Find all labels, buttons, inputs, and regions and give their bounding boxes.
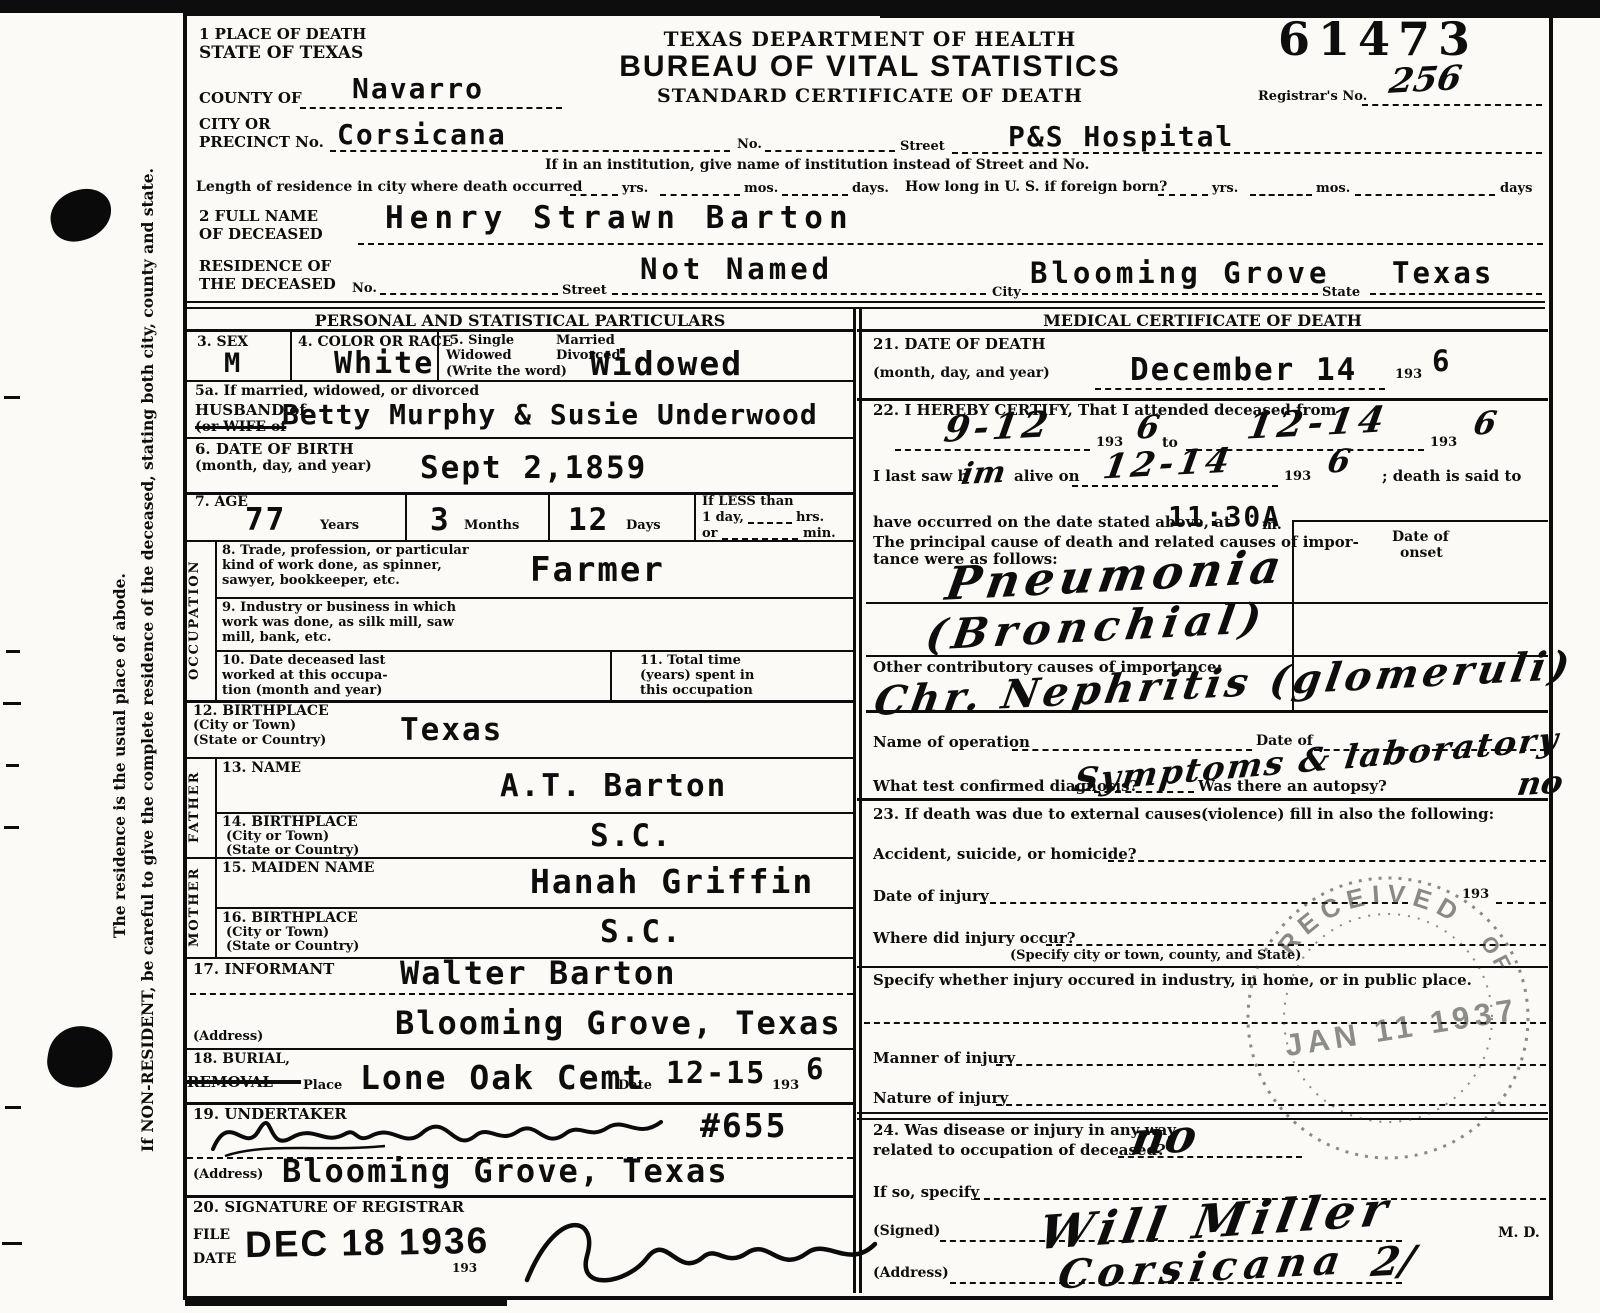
- stamp-date: JAN 11 1937: [1282, 992, 1521, 1063]
- svg-text:RECEIVED: RECEIVED: [1272, 878, 1469, 959]
- column-divider: [853, 308, 856, 1293]
- last-saw-date-value: 12-14: [1100, 441, 1236, 488]
- dod-sub-label: (month, day, and year): [873, 366, 1050, 382]
- if-less-label-1: If LESS than: [702, 495, 794, 510]
- marital-value: Widowed: [590, 344, 743, 383]
- residence-label-2: THE DECEASED: [199, 276, 336, 293]
- total-time-label-3: this occupation: [640, 684, 753, 699]
- medical-section-title: MEDICAL CERTIFICATE OF DEATH: [857, 312, 1548, 330]
- informant-label: 17. INFORMANT: [193, 961, 334, 978]
- yrs2-label: yrs.: [1212, 182, 1238, 197]
- fullname-label-2: OF DECEASED: [199, 226, 323, 243]
- res-city-value: Blooming Grove: [1030, 256, 1330, 290]
- burial-place-label: Place: [303, 1079, 342, 1094]
- rule: [610, 650, 612, 700]
- father-name-value: A.T. Barton: [500, 768, 727, 804]
- onset-box-top-border: [1292, 520, 1548, 522]
- trade-label-2: kind of work done, as spinner,: [222, 559, 442, 574]
- rule: [1108, 860, 1546, 862]
- svg-text:OF: OF: [1476, 931, 1518, 978]
- margin-note-nonresident: If NON-RESIDENT, be careful to give the …: [138, 14, 170, 1306]
- q24-label-1: 24. Was disease or injury in any way: [873, 1122, 1176, 1139]
- margin-note-residence: The residence is the usual place of abod…: [110, 348, 138, 1163]
- age-years-value: 77: [245, 502, 286, 538]
- rule: [190, 993, 853, 995]
- manner-of-injury-label: Manner of injury: [873, 1050, 1015, 1067]
- if-so-specify-label: If so, specify: [873, 1184, 979, 1201]
- rule: [215, 540, 217, 700]
- mother-side-label: MOTHER: [187, 857, 215, 957]
- accident-label: Accident, suicide, or homicide?: [873, 846, 1137, 863]
- father-name-label: 13. NAME: [222, 761, 301, 777]
- stamp-arc-fragment: OF: [1476, 931, 1518, 978]
- birthplace-sub-2: (State or Country): [193, 734, 326, 749]
- rule: [358, 243, 1543, 245]
- street-no-label: No.: [737, 138, 762, 153]
- rule: [1355, 194, 1495, 196]
- rule: [548, 492, 550, 540]
- residence-label-1: RESIDENCE OF: [199, 258, 331, 275]
- days-unit-label: Days: [626, 519, 661, 534]
- burial-place-value: Lone Oak Cemt: [360, 1058, 644, 1097]
- informant-value: Walter Barton: [400, 954, 676, 992]
- rule: [1095, 388, 1385, 390]
- time-of-death-value: 11:30A: [1168, 500, 1281, 533]
- us-length-label: How long in U. S. if foreign born?: [905, 180, 1167, 196]
- mother-birthplace-value: S.C.: [600, 914, 683, 950]
- burial-date-value: 12-15: [666, 1056, 766, 1091]
- section-divider: [187, 301, 1545, 309]
- ink-blob: [44, 1021, 117, 1092]
- operation-label: Name of operation: [873, 734, 1030, 751]
- spouse-value: Betty Murphy & Susie Underwood: [282, 398, 818, 431]
- dob-sub-label: (month, day, and year): [195, 459, 372, 475]
- autopsy-value: no: [1515, 763, 1566, 803]
- birthplace-value: Texas: [400, 712, 503, 748]
- last-worked-label-2: worked at this occupa-: [222, 669, 388, 684]
- race-value: White: [334, 346, 434, 381]
- burial-year-value: 6: [806, 1052, 825, 1086]
- fullname-label-1: 2 FULL NAME: [199, 208, 318, 225]
- trade-value: Farmer: [530, 550, 665, 590]
- county-value: Navarro: [352, 72, 484, 105]
- rule: [380, 293, 558, 295]
- ink-blob: [45, 183, 117, 247]
- personal-section-title: PERSONAL AND STATISTICAL PARTICULARS: [187, 312, 853, 330]
- last-worked-label-3: tion (month and year): [222, 684, 382, 699]
- dod-label: 21. DATE OF DEATH: [873, 336, 1046, 353]
- mother-name-label: 15. MAIDEN NAME: [222, 861, 374, 877]
- dod-year-value: 6: [1432, 344, 1451, 378]
- father-birthplace-value: S.C.: [590, 818, 673, 854]
- date-of-onset-label-2: onset: [1400, 546, 1443, 562]
- to-year-printed: 193: [1430, 436, 1457, 451]
- days2-label: days: [1500, 182, 1532, 197]
- rule: [782, 194, 848, 196]
- hrs-label: hrs.: [796, 511, 824, 526]
- dob-label: 6. DATE OF BIRTH: [195, 441, 354, 458]
- rule: [405, 492, 407, 540]
- residence-length-label: Length of residence in city where death …: [196, 180, 582, 196]
- injury-date-label: Date of injury: [873, 888, 989, 905]
- rule: [300, 107, 562, 109]
- registrar-no-value: 256: [1386, 58, 1464, 102]
- mos-label: mos.: [744, 182, 778, 197]
- date-label: DATE: [193, 1252, 236, 1268]
- bureau-title: BUREAU OF VITAL STATISTICS: [540, 50, 1200, 84]
- father-birthplace-sub-2: (State or Country): [226, 844, 359, 859]
- file-date-stamp: DEC 18 1936: [245, 1220, 490, 1266]
- state-label: STATE OF TEXAS: [199, 44, 363, 63]
- min-label: min.: [803, 527, 836, 542]
- total-time-label-1: 11. Total time: [640, 654, 741, 669]
- mos2-label: mos.: [1316, 182, 1350, 197]
- alive-on-label: alive on: [1014, 468, 1080, 485]
- place-of-death-label: 1 PLACE OF DEATH: [199, 26, 366, 43]
- industry-label-2: work was done, as silk mill, saw: [222, 616, 454, 631]
- if-less-label-2: 1 day,: [702, 511, 744, 526]
- age-label: 7. AGE: [195, 495, 248, 511]
- birthplace-sub-1: (City or Town): [193, 719, 296, 734]
- dob-value: Sept 2,1859: [420, 450, 647, 486]
- rule: [1250, 194, 1312, 196]
- trade-label-1: 8. Trade, profession, or particular: [222, 544, 469, 559]
- res-city-label: City: [992, 286, 1021, 301]
- rule: [895, 449, 1090, 451]
- city-or-label: CITY OR: [199, 116, 271, 133]
- registrar-signature: [515, 1198, 885, 1308]
- institution-note: If in an institution, give name of insti…: [545, 158, 1089, 174]
- trade-label-3: sawyer, bookkeeper, etc.: [222, 574, 400, 589]
- months-label: Months: [464, 519, 519, 534]
- precinct-label: PRECINCT No.: [199, 134, 324, 151]
- q24-label-2: related to occupation of deceased?: [873, 1142, 1166, 1159]
- city-value: Corsicana: [337, 118, 507, 151]
- rule: [857, 798, 1548, 801]
- yrs-label: yrs.: [622, 182, 648, 197]
- street-value: P&S Hospital: [1008, 120, 1234, 153]
- scan-top-bar-2: [880, 0, 1600, 18]
- removal-label: REMOVAL: [187, 1074, 273, 1091]
- industry-label-1: 9. Industry or business in which: [222, 601, 456, 616]
- or-wife-of-label: (or WIFE of: [195, 420, 286, 436]
- physician-address-extra: 2/: [1368, 1237, 1418, 1286]
- county-label: COUNTY OF: [199, 90, 302, 107]
- rule: [612, 293, 986, 295]
- rule: [694, 492, 696, 540]
- total-time-label-2: (years) spent in: [640, 669, 754, 684]
- age-months-value: 3: [430, 502, 451, 538]
- res-street-value: Not Named: [640, 252, 833, 286]
- or-label: or: [702, 527, 718, 542]
- informant-address-value: Blooming Grove, Texas: [395, 1004, 842, 1042]
- registrar-signature-label: 20. SIGNATURE OF REGISTRAR: [193, 1199, 464, 1216]
- mother-name-value: Hanah Griffin: [530, 862, 814, 901]
- death-said-label: ; death is said to: [1382, 468, 1521, 485]
- last-saw-hand: im: [959, 455, 1008, 492]
- file-label: FILE: [193, 1228, 230, 1244]
- burial-label: 18. BURIAL,: [193, 1052, 290, 1068]
- informant-address-label: (Address): [193, 1030, 263, 1045]
- marital-options-2a: Widowed: [446, 349, 512, 364]
- last-worked-label-1: 10. Date deceased last: [222, 654, 386, 669]
- rule: [765, 150, 895, 152]
- res-no-label: No.: [352, 282, 377, 297]
- date-of-onset-label-1: Date of: [1392, 530, 1449, 546]
- dod-value: December 14: [1130, 352, 1357, 388]
- rule: [215, 757, 217, 857]
- undertaker-address-label: (Address): [193, 1168, 263, 1183]
- occupation-side-label: OCCUPATION: [187, 540, 215, 700]
- attended-to-value: 12-14: [1244, 398, 1392, 447]
- rule: [1370, 293, 1542, 295]
- stamp-arc-text: RECEIVED: [1272, 878, 1469, 959]
- death-certificate-scan: If NON-RESIDENT, be careful to give the …: [0, 0, 1600, 1313]
- dept-title: TEXAS DEPARTMENT OF HEALTH: [570, 28, 1170, 50]
- nature-of-injury-label: Nature of injury: [873, 1090, 1008, 1107]
- father-side-label: FATHER: [187, 757, 215, 857]
- burial-year-printed: 193: [772, 1079, 799, 1094]
- injury-where-label: Where did injury occur?: [873, 930, 1076, 947]
- years-label: Years: [320, 519, 359, 534]
- street-label: Street: [900, 140, 945, 155]
- dod-year-printed: 193: [1395, 368, 1422, 383]
- certificate-title: STANDARD CERTIFICATE OF DEATH: [570, 86, 1170, 107]
- last-saw-label: I last saw h: [873, 468, 968, 485]
- res-street-label: Street: [562, 284, 607, 299]
- rule: [1022, 293, 1318, 295]
- attended-from-value: 9-12: [941, 403, 1055, 450]
- scan-bottom-mark: [185, 1297, 507, 1306]
- last-saw-year-printed: 193: [1284, 470, 1311, 485]
- q24-value: no: [1127, 1108, 1200, 1165]
- rule: [748, 522, 792, 524]
- md-label: M. D.: [1498, 1226, 1540, 1242]
- file-year-printed: 193: [452, 1262, 477, 1275]
- sex-value: M: [224, 348, 242, 379]
- mother-birthplace-sub-2: (State or Country): [226, 940, 359, 955]
- fullname-value: Henry Strawn Barton: [385, 200, 854, 236]
- undertaker-signature: [205, 1094, 685, 1169]
- registrar-no-label: Registrar's No.: [1258, 90, 1367, 105]
- rule: [1362, 104, 1542, 106]
- marital-write-label: (Write the word): [446, 365, 567, 380]
- undertaker-number: #655: [700, 1106, 787, 1145]
- age-days-value: 12: [568, 502, 609, 538]
- rule: [660, 194, 740, 196]
- q23-label: 23. If death was due to external causes(…: [873, 806, 1494, 823]
- marital-options-1a: 5. Single: [450, 334, 514, 349]
- rule: [290, 332, 292, 380]
- received-stamp: RECEIVED OF JAN 11 1937: [1238, 868, 1538, 1168]
- industry-label-3: mill, bank, etc.: [222, 631, 331, 646]
- days-label: days.: [852, 182, 889, 197]
- certificate-number: 61473: [1278, 14, 1478, 66]
- res-state-value: Texas: [1392, 256, 1494, 290]
